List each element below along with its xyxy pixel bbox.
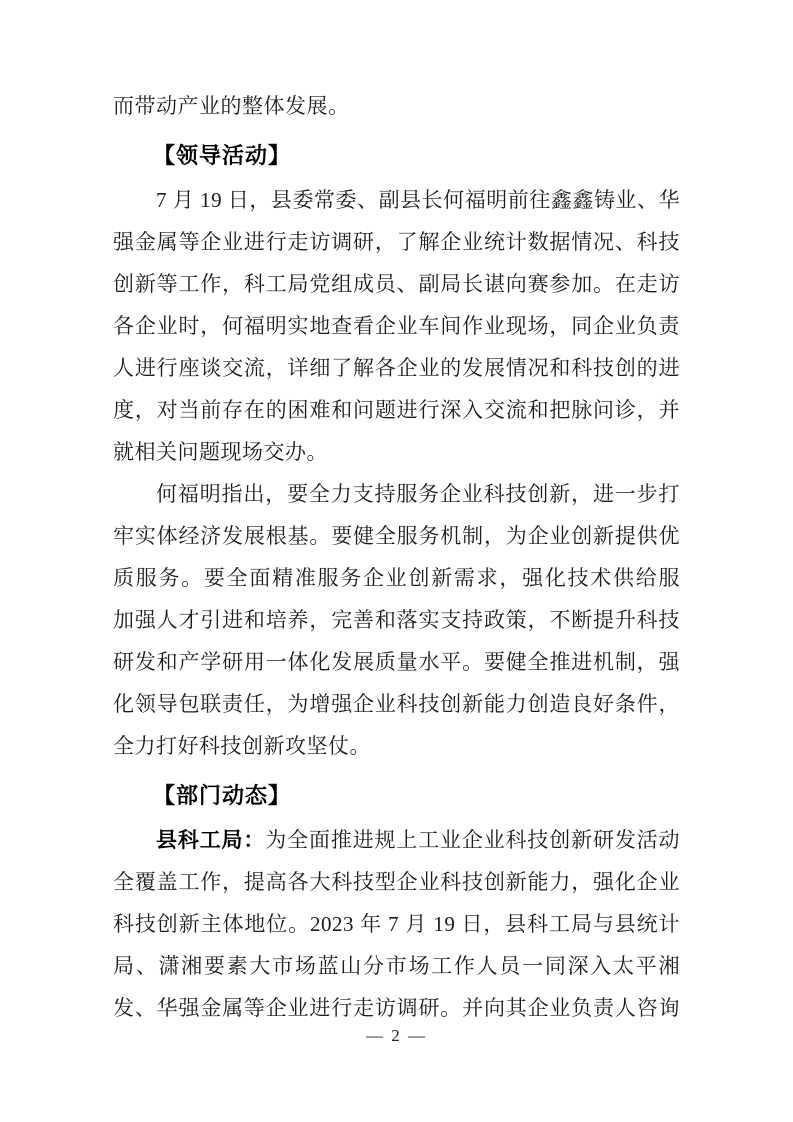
text-line: 人进行座谈交流，详细了解各企业的发展情况和科技创的进 [113, 347, 680, 389]
text-line: 各企业时，何福明实地查看企业车间作业现场，同企业负责 [113, 305, 680, 347]
section-heading: 【领导活动】 [113, 135, 680, 177]
paragraph: 何福明指出，要全力支持服务企业科技创新，进一步打牢实体经济发展根基。要健全服务机… [113, 473, 680, 767]
text-line: 而带动产业的整体发展。 [113, 85, 680, 127]
paragraph: 而带动产业的整体发展。 [113, 85, 680, 127]
text-line: 加强人才引进和培养，完善和落实支持政策，不断提升科技 [113, 599, 680, 641]
paragraph: 县科工局：为全面推进规上工业企业科技创新研发活动全覆盖工作，提高各大科技型企业科… [113, 819, 680, 1029]
text-line: 就相关问题现场交办。 [113, 431, 680, 473]
document-page: 而带动产业的整体发展。【领导活动】7 月 19 日，县委常委、副县长何福明前往鑫… [0, 0, 793, 1122]
text-line: 县科工局：为全面推进规上工业企业科技创新研发活动 [113, 819, 680, 861]
text-line: 研发和产学研用一体化发展质量水平。要健全推进机制，强 [113, 641, 680, 683]
text-line: 强金属等企业进行走访调研，了解企业统计数据情况、科技 [113, 221, 680, 263]
page-footer: — 2 — [0, 1026, 793, 1046]
text-line: 科技创新主体地位。2023 年 7 月 19 日，县科工局与县统计 [113, 903, 680, 945]
text-line: 牢实体经济发展根基。要健全服务机制，为企业创新提供优 [113, 515, 680, 557]
document-body: 而带动产业的整体发展。【领导活动】7 月 19 日，县委常委、副县长何福明前往鑫… [113, 85, 680, 1029]
text-line: 全覆盖工作，提高各大科技型企业科技创新能力，强化企业 [113, 861, 680, 903]
page-number: — 2 — [366, 1026, 427, 1045]
text-line: 全力打好科技创新攻坚仗。 [113, 725, 680, 767]
text-line: 创新等工作，科工局党组成员、副局长谌向赛参加。在走访 [113, 263, 680, 305]
text-line: 发、华强金属等企业进行走访调研。并向其企业负责人咨询 [113, 987, 680, 1029]
text-line: 7 月 19 日，县委常委、副县长何福明前往鑫鑫铸业、华 [113, 179, 680, 221]
text-line: 质服务。要全面精准服务企业创新需求，强化技术供给服务， [113, 557, 680, 599]
paragraph-lead-bold: 县科工局： [156, 829, 265, 852]
text-line: 局、潇湘要素大市场蓝山分市场工作人员一同深入太平湘 [113, 945, 680, 987]
text-line: 何福明指出，要全力支持服务企业科技创新，进一步打 [113, 473, 680, 515]
section-heading: 【部门动态】 [113, 775, 680, 817]
text-line: 化领导包联责任，为增强企业科技创新能力创造良好条件， [113, 683, 680, 725]
paragraph: 7 月 19 日，县委常委、副县长何福明前往鑫鑫铸业、华强金属等企业进行走访调研… [113, 179, 680, 473]
text-line: 度，对当前存在的困难和问题进行深入交流和把脉问诊，并 [113, 389, 680, 431]
